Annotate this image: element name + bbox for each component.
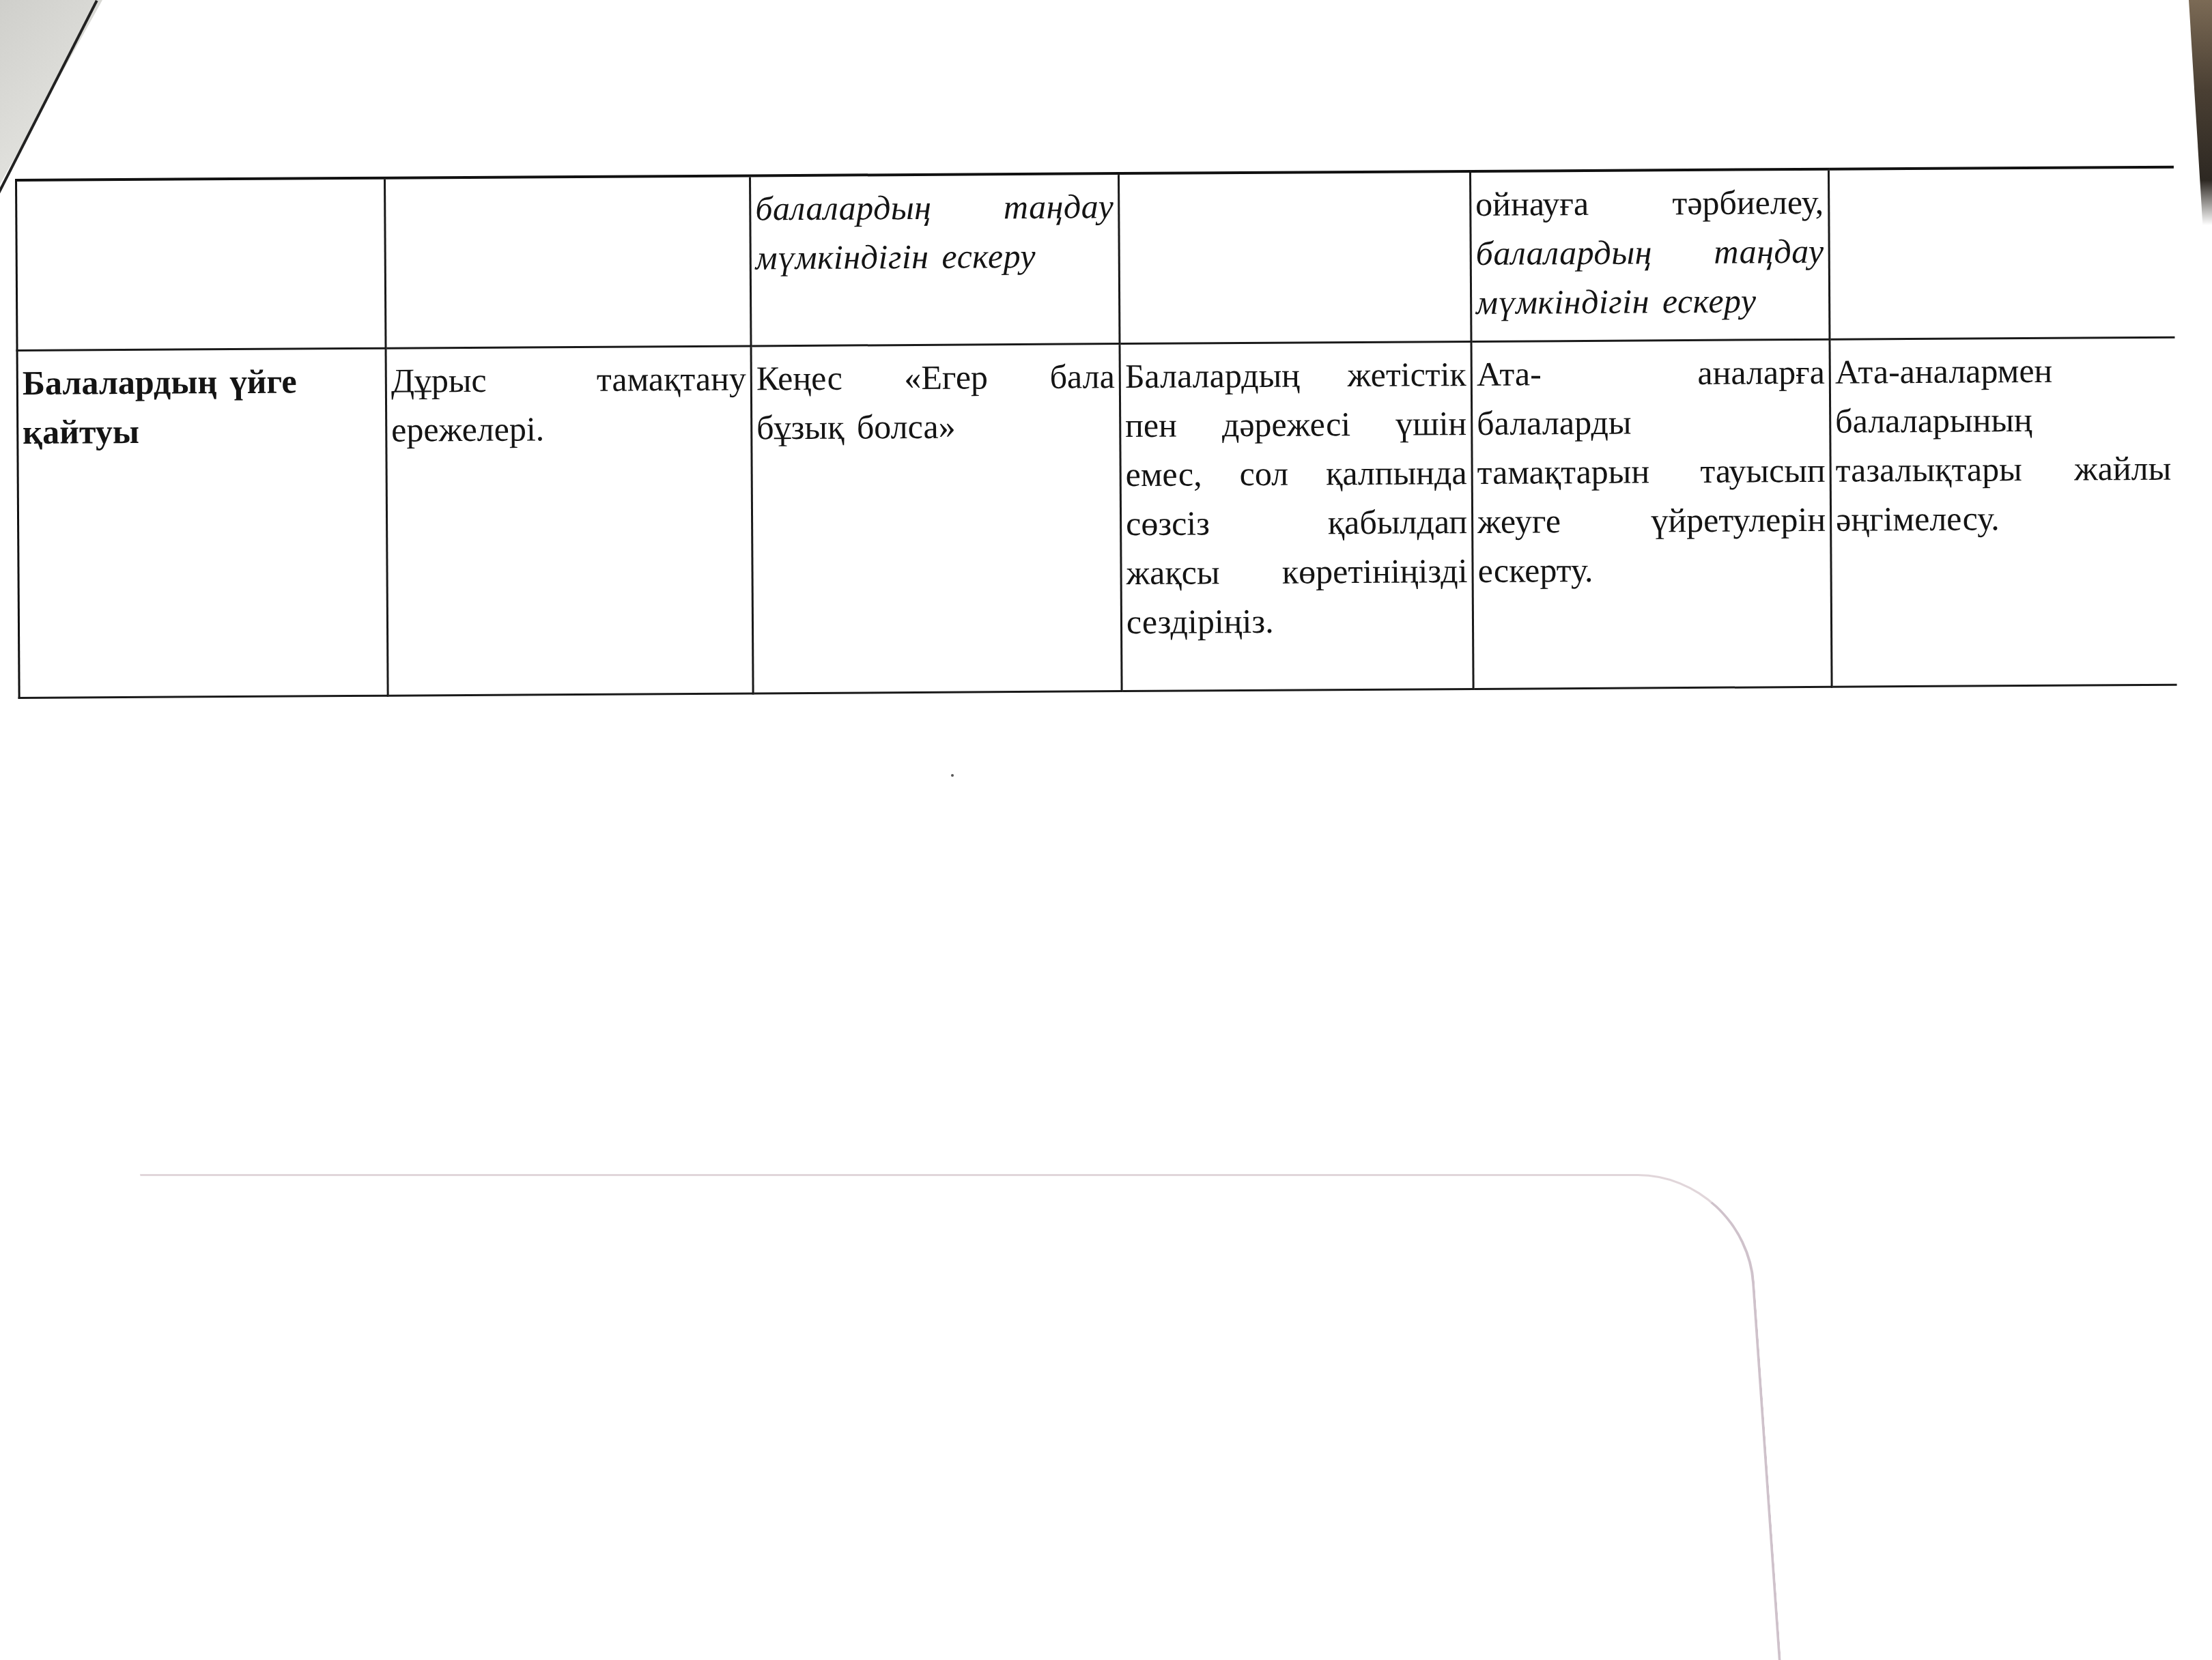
cell-text-line: мүмкіндігін ескеру xyxy=(756,231,1114,282)
word: Ата- xyxy=(1477,349,1542,399)
table-cell: Дұрыстамақтану ережелері. xyxy=(386,346,753,696)
word: Дұрыс xyxy=(391,356,487,405)
cell-text-line: пендәрежесіүшін xyxy=(1125,399,1466,450)
word: пен xyxy=(1125,401,1177,450)
word: балалардың xyxy=(1475,227,1652,278)
cell-text-line: қайтуы xyxy=(23,405,381,457)
cell-text-line: тазалықтарыжайлы xyxy=(1835,444,2171,495)
table-cell xyxy=(16,178,386,351)
word: жеуге xyxy=(1477,496,1561,546)
table-cell xyxy=(1828,167,2174,340)
word: тауысып xyxy=(1700,446,1826,496)
word: сөзсіз xyxy=(1126,498,1210,548)
cell-text-line: мүмкіндігін ескеру xyxy=(1476,276,1824,327)
cell-text-line: балаларының xyxy=(1835,395,2171,446)
word: тамақтану xyxy=(597,354,746,403)
table: балалардыңтаңдау мүмкіндігін ескеру ойна… xyxy=(15,166,2176,699)
word: «Егер xyxy=(904,352,988,402)
table-row: балалардыңтаңдау мүмкіндігін ескеру ойна… xyxy=(16,167,2174,351)
cell-text-line: Кеңес«Егербала xyxy=(756,352,1115,403)
cell-text-line: ойнауғатәрбиелеу, xyxy=(1475,177,1824,229)
cell-text-line: тамақтарынтауысып xyxy=(1477,446,1825,497)
word: Кеңес xyxy=(756,354,842,403)
cell-text-line: Балалардыңжетістік xyxy=(1125,349,1466,401)
document-page: балалардыңтаңдау мүмкіндігін ескеру ойна… xyxy=(0,0,2212,1660)
schedule-table: балалардыңтаңдау мүмкіндігін ескеру ойна… xyxy=(15,166,2176,699)
table-cell: Кеңес«Егербала бұзық болса» xyxy=(751,344,1122,693)
table-cell xyxy=(385,175,752,348)
word: көретініңізді xyxy=(1282,546,1468,597)
word: жақсы xyxy=(1126,547,1219,597)
word: бала xyxy=(1049,352,1115,401)
table-cell xyxy=(1118,171,1471,344)
cell-text-line: ескерту. xyxy=(1477,544,1826,595)
cell-text-line: Ата-аналарға xyxy=(1477,347,1825,399)
word: дәрежесі xyxy=(1222,399,1351,449)
cell-text-line: балалардыңтаңдау xyxy=(1475,227,1824,278)
show-through-mark xyxy=(140,1174,1781,1660)
cell-text-line: әңгімелесу. xyxy=(1836,493,2172,544)
word: балалардың xyxy=(755,183,932,233)
word: Балалардың xyxy=(1125,351,1301,401)
word: сол xyxy=(1239,449,1288,498)
cell-text-line: ережелері. xyxy=(391,403,746,454)
table-cell-activity: Балалардың үйге қайтуы xyxy=(17,348,388,698)
cell-text-line: балалардыңтаңдау xyxy=(755,182,1114,233)
table-cell: Ата-аналармен балаларының тазалықтарыжай… xyxy=(1830,337,2176,687)
table-cell: ойнауғатәрбиелеу, балалардыңтаңдау мүмкі… xyxy=(1470,169,1830,342)
word: тамақтарын xyxy=(1477,446,1649,497)
cell-text-line: сөзсізқабылдап xyxy=(1126,497,1467,548)
word: таңдау xyxy=(1714,227,1824,276)
word: ойнауға xyxy=(1475,179,1589,229)
cell-text-line: Балалардың үйге xyxy=(23,356,381,407)
cell-text-line: бұзық болса» xyxy=(756,401,1115,452)
word: емес, xyxy=(1125,449,1202,499)
cell-text-line: сездіріңіз. xyxy=(1126,595,1468,646)
table-cell: балалардыңтаңдау мүмкіндігін ескеру xyxy=(750,173,1120,346)
word: үшін xyxy=(1395,399,1467,448)
word: жайлы xyxy=(2074,444,2171,493)
cell-text-line: балаларды xyxy=(1477,397,1825,448)
word: үйретулерін xyxy=(1651,495,1826,545)
cell-text-line: жақсыкөретініңізді xyxy=(1126,546,1467,597)
word: қабылдап xyxy=(1328,497,1468,547)
stray-mark xyxy=(951,774,954,777)
table-cell: Ата-аналарға балаларды тамақтарынтауысып… xyxy=(1471,339,1832,689)
cell-text-line: Дұрыстамақтану xyxy=(391,354,746,405)
cell-text-line: емес,солқалпында xyxy=(1125,448,1466,499)
word: аналарға xyxy=(1697,347,1825,397)
word: таңдау xyxy=(1004,182,1114,231)
table-row: Балалардың үйге қайтуы Дұрыстамақтану ер… xyxy=(17,337,2176,698)
word: қалпында xyxy=(1326,448,1467,498)
word: жетістік xyxy=(1348,349,1466,399)
cell-text-line: Ата-аналармен xyxy=(1835,345,2171,397)
table-cell: Балалардыңжетістік пендәрежесіүшін емес,… xyxy=(1120,341,1473,691)
word: тәрбиелеу, xyxy=(1672,177,1824,227)
word: тазалықтары xyxy=(1835,444,2022,495)
cell-text-line: жеугеүйретулерін xyxy=(1477,495,1826,546)
